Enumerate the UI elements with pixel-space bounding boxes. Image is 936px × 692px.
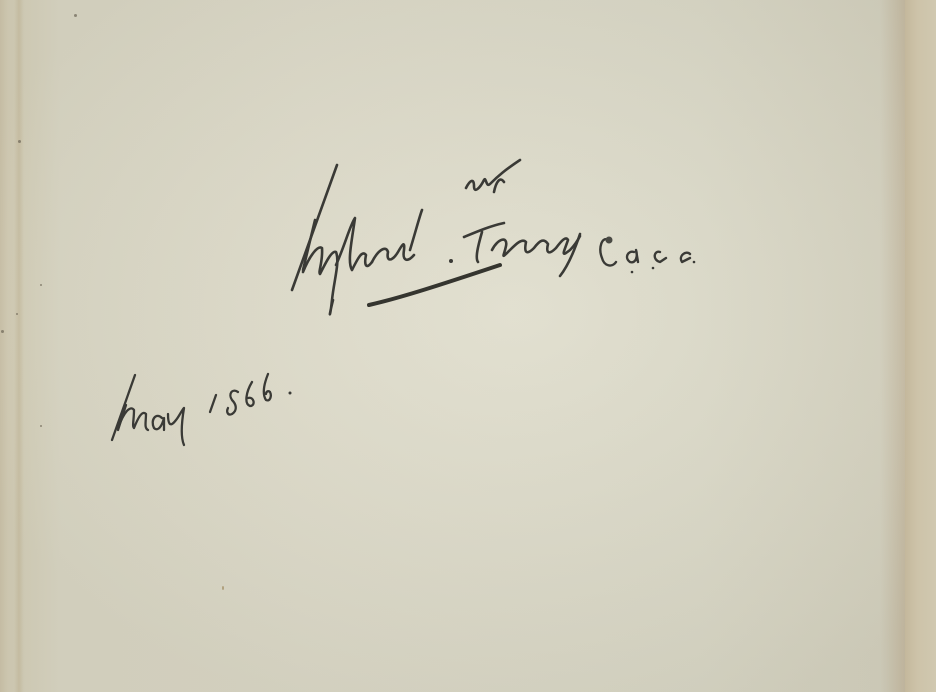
signature [292,160,580,314]
handwriting-layer [0,0,936,692]
date [112,374,292,445]
postnominal [600,237,695,274]
